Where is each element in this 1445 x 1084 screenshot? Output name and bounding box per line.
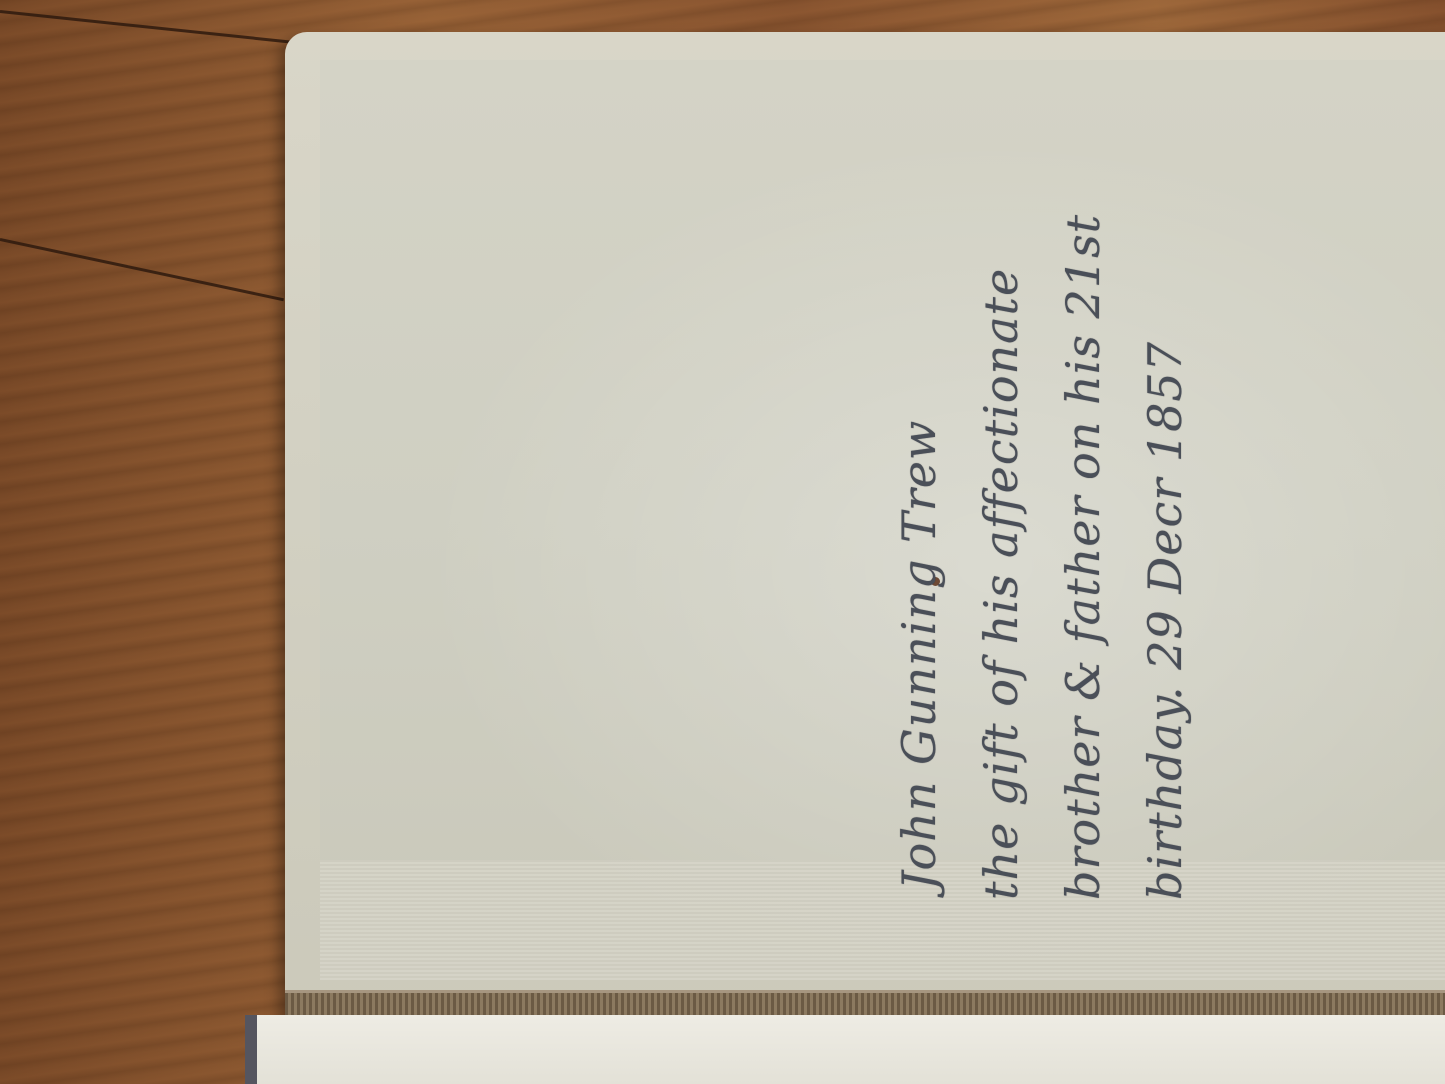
endpaper-page bbox=[320, 60, 1445, 980]
book-cover-edge bbox=[245, 1015, 1445, 1084]
handwritten-inscription: John Gunning Trew the gift of his affect… bbox=[896, 140, 1224, 900]
inscription-line: birthday. 29 Decr 1857 bbox=[1142, 140, 1224, 900]
inscription-line: John Gunning Trew bbox=[896, 140, 978, 900]
endpaper-texture bbox=[320, 860, 1445, 980]
inscription-line: the gift of his affectionate bbox=[978, 140, 1060, 900]
inscription-line: brother & father on his 21st bbox=[1060, 140, 1142, 900]
